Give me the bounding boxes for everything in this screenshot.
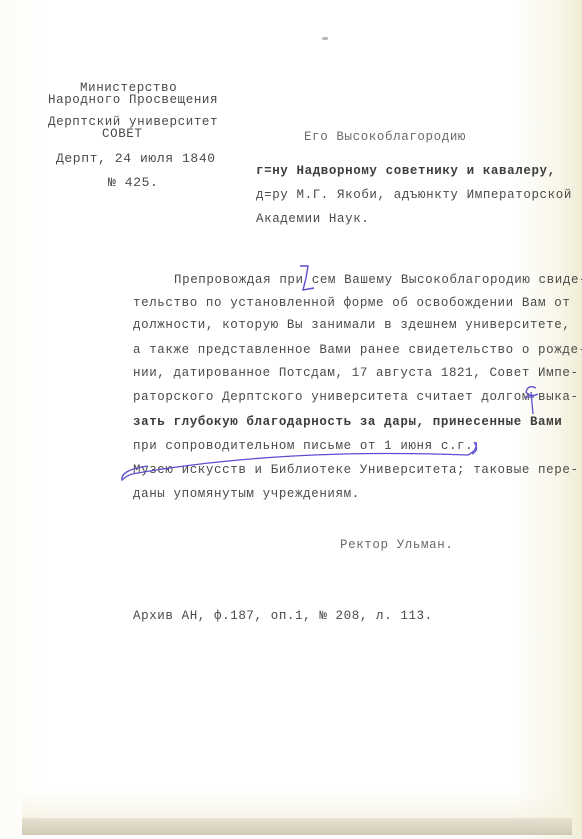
document-page: Министерство Народного Просвещения Дерпт…: [0, 0, 582, 839]
page-bottom-shadow: [22, 790, 572, 820]
page-bottom-edge: [22, 818, 572, 835]
insert-letter-c-mark: [525, 387, 538, 414]
word-separator-mark: [300, 266, 314, 290]
underline-bracket-mark: [122, 442, 476, 480]
pen-annotations: [0, 0, 582, 839]
